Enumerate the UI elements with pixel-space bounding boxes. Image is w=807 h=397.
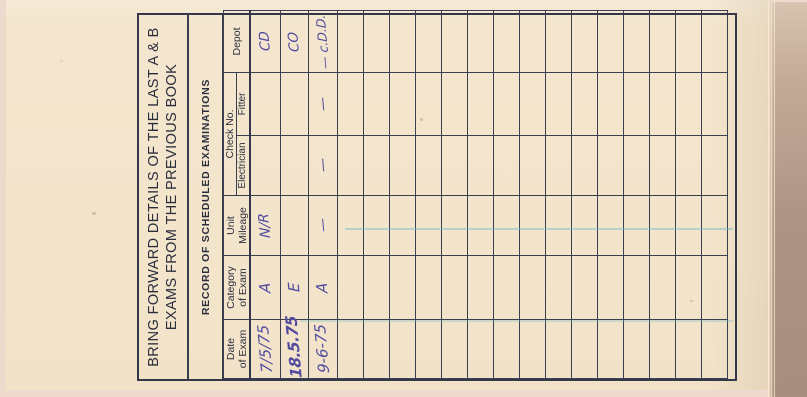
cell-category [467, 256, 493, 320]
cell-electrician [250, 136, 280, 196]
exam-row [441, 11, 467, 379]
cell-electrician [649, 136, 675, 196]
handwritten-depot: CO [285, 31, 303, 52]
col-header-electrician: Electrician [237, 136, 251, 196]
cell-date [571, 320, 597, 379]
page-stack-lines [768, 2, 776, 397]
cell-depot [493, 11, 519, 73]
cell-category [597, 256, 623, 320]
cell-electrician [467, 136, 493, 196]
cell-depot [649, 11, 675, 73]
scanned-photo: BRING FORWARD DETAILS OF THE LAST A & B … [0, 0, 807, 397]
col-header-category: Category of Exam [224, 256, 251, 320]
cell-date [337, 320, 363, 379]
cell-fitter [623, 73, 649, 136]
cell-depot [337, 11, 363, 73]
cell-category: E [280, 256, 308, 320]
exam-row [389, 11, 415, 379]
cell-mileage [493, 196, 519, 256]
cell-fitter [649, 73, 675, 136]
cell-category [649, 256, 675, 320]
cell-date [701, 320, 727, 379]
cell-date [623, 320, 649, 379]
cell-category: A [308, 256, 337, 320]
cell-electrician [597, 136, 623, 196]
cell-mileage [649, 196, 675, 256]
cell-electrician [280, 136, 308, 196]
exam-row: 7/5/75AN/RCD [250, 11, 280, 379]
cell-fitter [675, 73, 701, 136]
exam-record-form: BRING FORWARD DETAILS OF THE LAST A & B … [137, 13, 737, 381]
cell-electrician [623, 136, 649, 196]
cell-date [363, 320, 389, 379]
handwritten-date: 9-6-75 [311, 324, 333, 373]
cell-date: 18.5.75 [280, 320, 308, 379]
handwritten-category: A [312, 282, 331, 293]
cell-depot [675, 11, 701, 73]
cell-category [545, 256, 571, 320]
cell-category [571, 256, 597, 320]
cell-depot [415, 11, 441, 73]
cell-fitter [571, 73, 597, 136]
handwritten-category: A [255, 282, 274, 293]
cell-depot [467, 11, 493, 73]
cell-electrician [415, 136, 441, 196]
cell-electrician: — [308, 136, 337, 196]
exam-row [493, 11, 519, 379]
cell-electrician [441, 136, 467, 196]
cell-category [701, 256, 727, 320]
cell-mileage [519, 196, 545, 256]
exam-table-body: 7/5/75AN/RCD18.5.75ECO9-6-75A———— c.D.D. [250, 11, 727, 379]
exam-row [363, 11, 389, 379]
cell-mileage: N/R [250, 196, 280, 256]
exam-row [337, 11, 363, 379]
cell-fitter [280, 73, 308, 136]
col-header-fitter: Fitter [237, 73, 251, 136]
handwritten-electrician: — [314, 158, 331, 173]
cell-fitter [493, 73, 519, 136]
exam-row [597, 11, 623, 379]
cell-date [389, 320, 415, 379]
cell-fitter: — [308, 73, 337, 136]
cell-category [519, 256, 545, 320]
cell-depot [701, 11, 727, 73]
cell-category [493, 256, 519, 320]
cell-date [675, 320, 701, 379]
handwritten-mileage: N/R [256, 213, 274, 238]
cell-mileage [545, 196, 571, 256]
cell-date [519, 320, 545, 379]
cell-category [675, 256, 701, 320]
cell-depot [597, 11, 623, 73]
cell-category: A [250, 256, 280, 320]
exam-row [649, 11, 675, 379]
cell-electrician [701, 136, 727, 196]
exam-row [571, 11, 597, 379]
handwritten-fitter: — [314, 97, 331, 112]
cell-electrician [493, 136, 519, 196]
cell-depot [571, 11, 597, 73]
exam-table: Date of Exam Category of Exam Unit Milea… [223, 10, 728, 379]
cell-fitter [441, 73, 467, 136]
cell-fitter [363, 73, 389, 136]
cell-category [363, 256, 389, 320]
cell-mileage [467, 196, 493, 256]
cell-depot: CD [250, 11, 280, 73]
exam-row [467, 11, 493, 379]
exam-row [415, 11, 441, 379]
col-header-depot: Depot [224, 11, 251, 73]
cell-mileage [675, 196, 701, 256]
cell-fitter [597, 73, 623, 136]
handwritten-date: 18.5.75 [282, 316, 306, 379]
cell-depot [441, 11, 467, 73]
form-title-line-1: BRING FORWARD DETAILS OF THE LAST A & B [145, 27, 164, 367]
form-title-line-2: EXAMS FROM THE PREVIOUS BOOK [163, 64, 182, 330]
cell-depot: — c.D.D. [308, 11, 337, 73]
cell-fitter [467, 73, 493, 136]
cell-electrician [519, 136, 545, 196]
exam-row: 18.5.75ECO [280, 11, 308, 379]
col-header-mileage: Unit Mileage [224, 196, 251, 256]
cell-depot [545, 11, 571, 73]
cell-electrician [571, 136, 597, 196]
cell-mileage [415, 196, 441, 256]
cell-date [597, 320, 623, 379]
cell-electrician [545, 136, 571, 196]
cell-fitter [701, 73, 727, 136]
cell-fitter [337, 73, 363, 136]
cell-depot [623, 11, 649, 73]
cell-category [415, 256, 441, 320]
booklet-page-edges [768, 2, 807, 397]
cell-depot: CO [280, 11, 308, 73]
cell-mileage [363, 196, 389, 256]
col-header-check-no: Check No. [224, 73, 237, 196]
cell-depot [389, 11, 415, 73]
cell-electrician [675, 136, 701, 196]
cell-mileage [280, 196, 308, 256]
form-title: BRING FORWARD DETAILS OF THE LAST A & B … [139, 15, 189, 379]
exam-row [675, 11, 701, 379]
cell-mileage [441, 196, 467, 256]
handwritten-date: 7/5/75 [254, 325, 276, 374]
cell-category [441, 256, 467, 320]
section-heading: RECORD OF SCHEDULED EXAMINATIONS [189, 15, 223, 379]
exam-row [545, 11, 571, 379]
cell-electrician [337, 136, 363, 196]
cell-fitter [545, 73, 571, 136]
cell-mileage: — [308, 196, 337, 256]
cell-fitter [415, 73, 441, 136]
exam-row [623, 11, 649, 379]
cell-category [337, 256, 363, 320]
handwritten-category: E [284, 282, 303, 292]
col-header-date: Date of Exam [224, 320, 251, 379]
cell-mileage [389, 196, 415, 256]
cell-mileage [337, 196, 363, 256]
cell-date [649, 320, 675, 379]
cell-mileage [623, 196, 649, 256]
handwritten-mileage: — [314, 218, 331, 233]
cell-fitter [250, 73, 280, 136]
exam-row [519, 11, 545, 379]
cell-date [493, 320, 519, 379]
cell-mileage [597, 196, 623, 256]
cell-date [467, 320, 493, 379]
cell-depot [363, 11, 389, 73]
exam-row [701, 11, 727, 379]
cell-depot [519, 11, 545, 73]
cell-date [415, 320, 441, 379]
cell-date [545, 320, 571, 379]
cell-category [389, 256, 415, 320]
handwritten-depot: CD [256, 31, 274, 51]
cell-category [623, 256, 649, 320]
cell-electrician [363, 136, 389, 196]
cell-fitter [389, 73, 415, 136]
cell-date: 7/5/75 [250, 320, 280, 379]
cell-mileage [701, 196, 727, 256]
cell-electrician [389, 136, 415, 196]
handwritten-depot: — c.D.D. [312, 14, 332, 69]
exam-row: 9-6-75A———— c.D.D. [308, 11, 337, 379]
cell-date [441, 320, 467, 379]
cell-mileage [571, 196, 597, 256]
cell-date: 9-6-75 [308, 320, 337, 379]
cell-fitter [519, 73, 545, 136]
